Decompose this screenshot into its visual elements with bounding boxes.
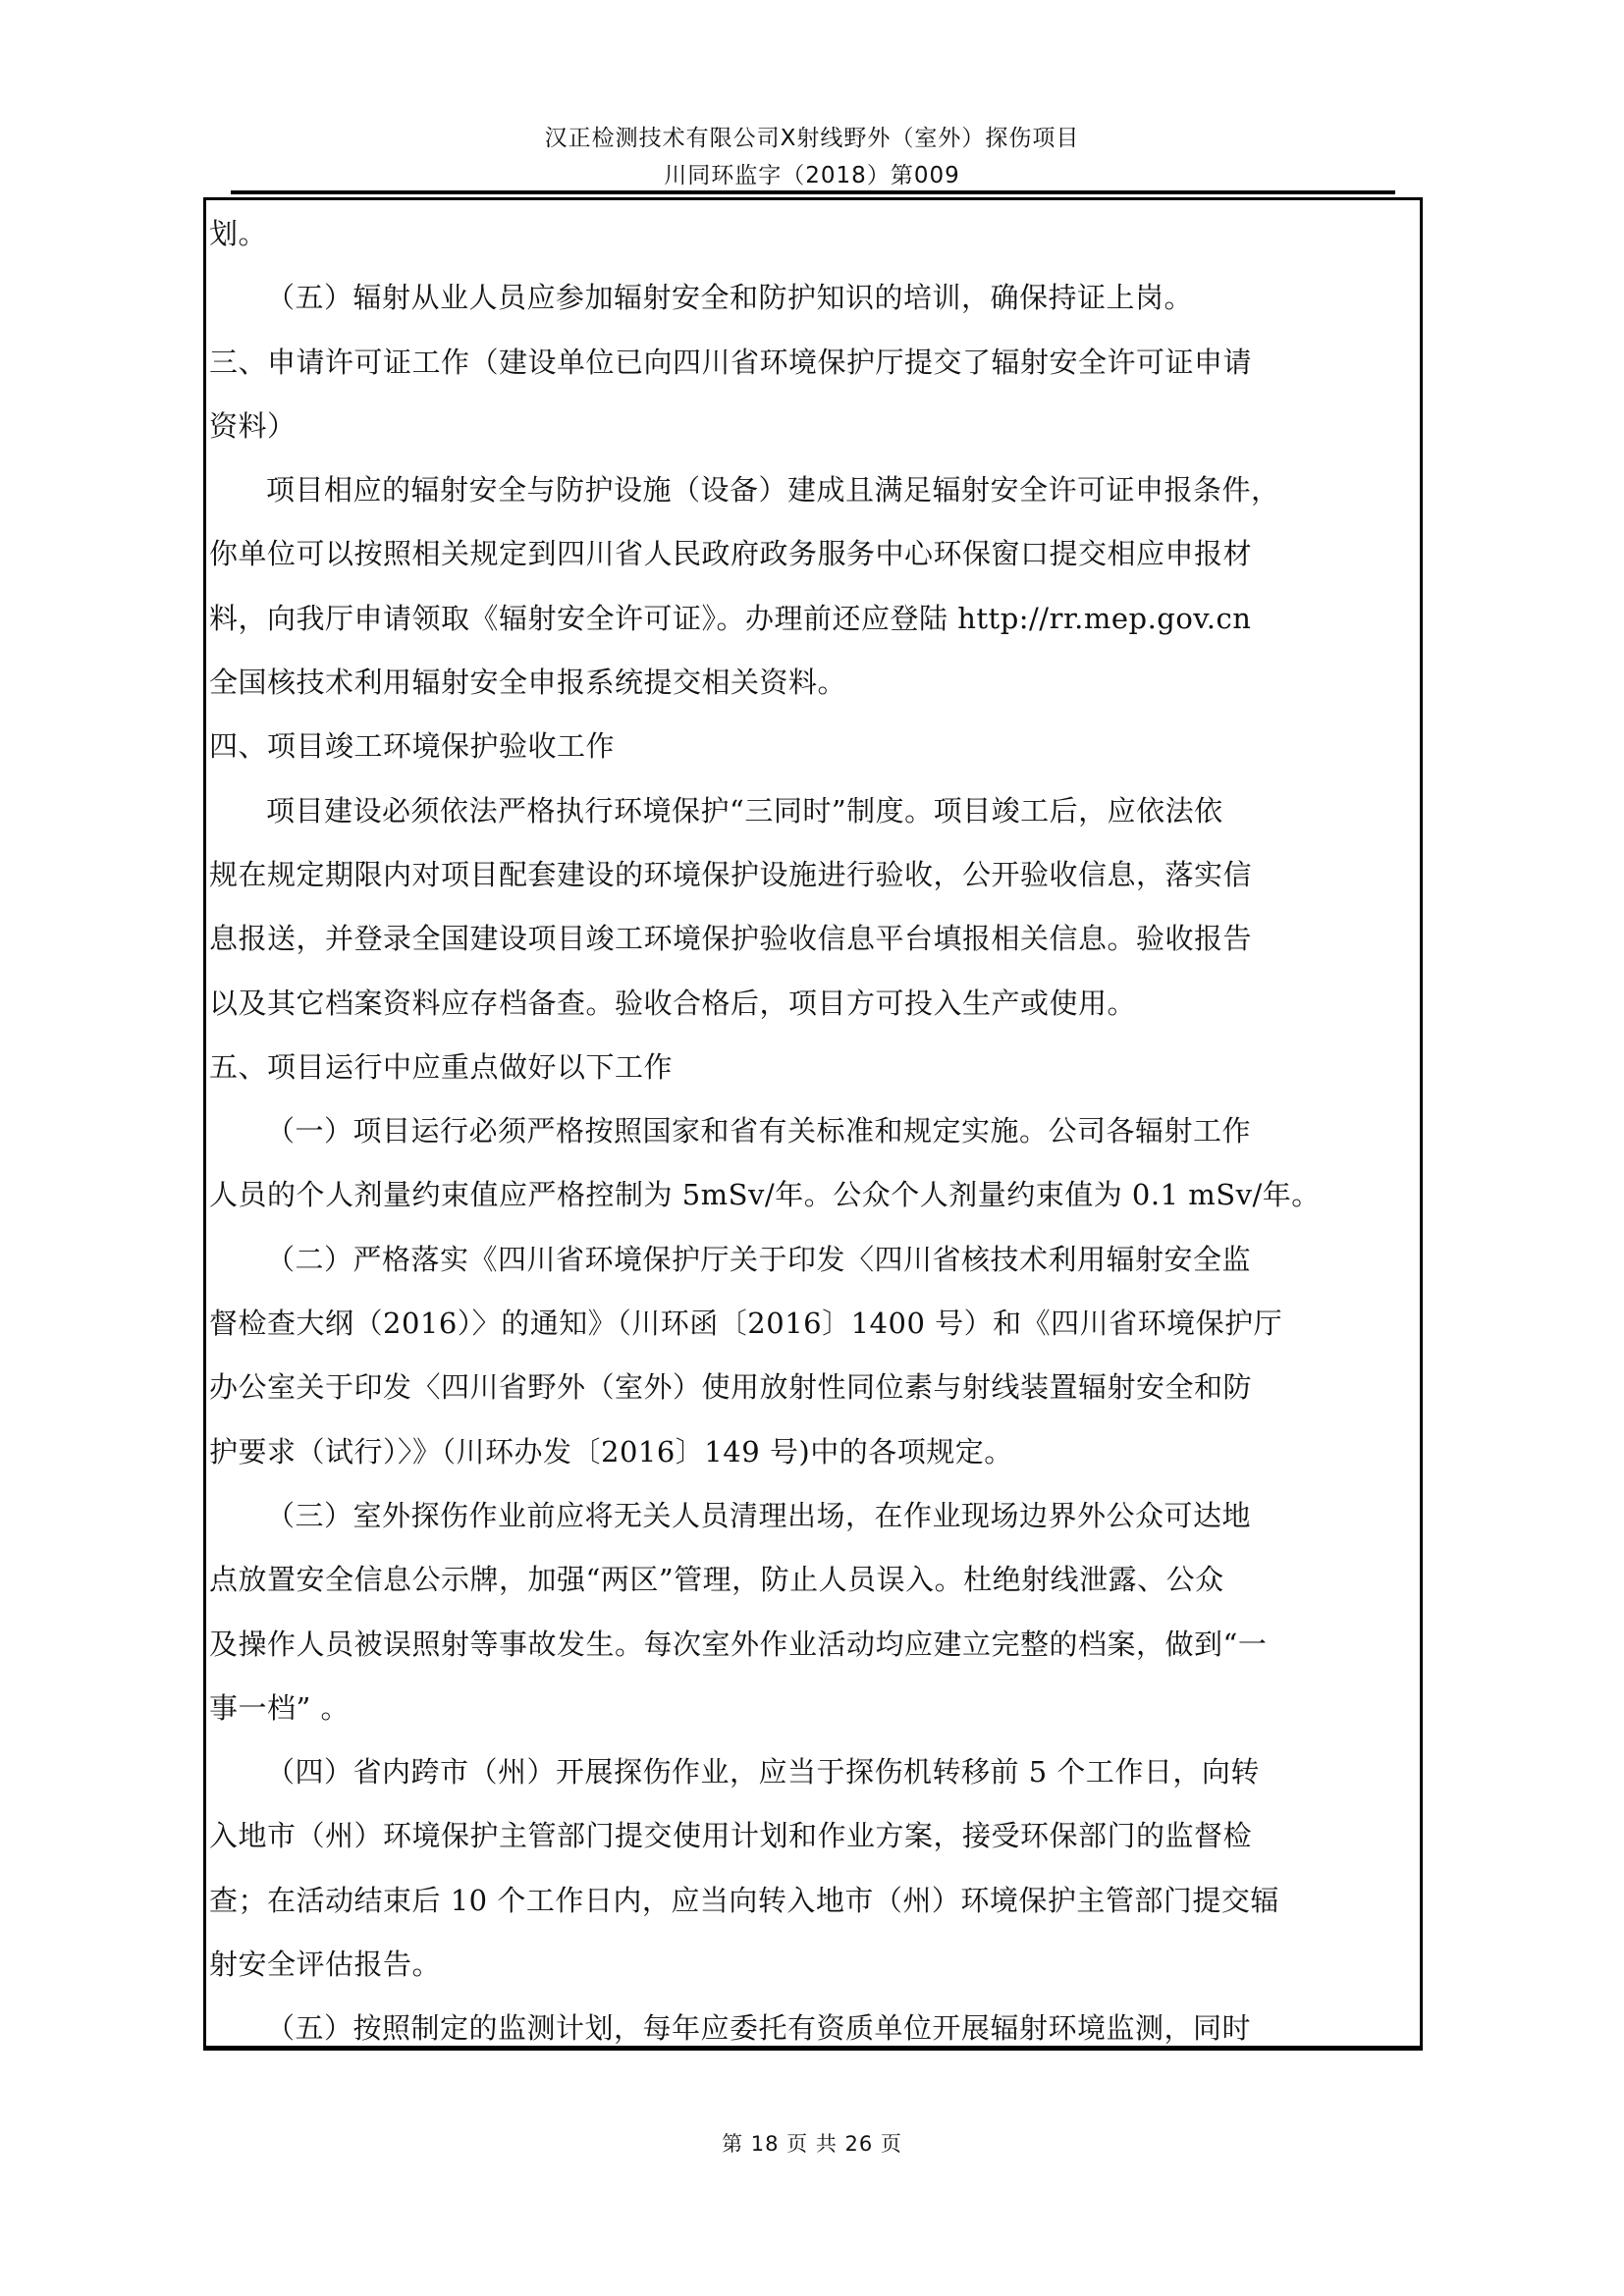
text-line: 项目建设必须依法严格执行环境保护“三同时”制度。项目竣工后，应依法依 (209, 785, 1415, 849)
text-line: （五）按照制定的监测计划，每年应委托有资质单位开展辐射环境监测，同时 (209, 2002, 1415, 2066)
text-line: 点放置安全信息公示牌，加强“两区”管理，防止人员误入。杜绝射线泄露、公众 (209, 1554, 1415, 1618)
text-line: 以及其它档案资料应存档备查。验收合格后，项目方可投入生产或使用。 (209, 978, 1415, 1041)
document-header-title: 汉正检测技术有限公司X射线野外（室外）探伤项目 (0, 120, 1624, 152)
text-line: 射安全评估报告。 (209, 1939, 1415, 2002)
text-line: 项目相应的辐射安全与防护设施（设备）建成且满足辐射安全许可证申报条件， (209, 464, 1415, 528)
text-line: 督检查大纲（2016）〉的通知》（川环函〔2016〕1400 号）和《四川省环境… (209, 1298, 1415, 1362)
text-line: 入地市（州）环境保护主管部门提交使用计划和作业方案，接受环保部门的监督检 (209, 1810, 1415, 1874)
text-line: （一）项目运行必须严格按照国家和省有关标准和规定实施。公司各辐射工作 (209, 1105, 1415, 1169)
text-line: 料，向我厅申请领取《辐射安全许可证》。办理前还应登陆 http://rr.mep… (209, 593, 1415, 657)
page-number: 第 18 页 共 26 页 (0, 2128, 1624, 2158)
header-divider (231, 190, 1395, 194)
section-heading: 三、申请许可证工作（建设单位已向四川省环境保护厅提交了辐射安全许可证申请 (209, 337, 1415, 400)
section-heading: 四、项目竣工环境保护验收工作 (209, 721, 1415, 784)
text-line: 人员的个人剂量约束值应严格控制为 5mSv/年。公众个人剂量约束值为 0.1 m… (209, 1169, 1415, 1233)
document-number: 川同环监字（2018）第009 (0, 157, 1624, 189)
text-line: 事一档” 。 (209, 1682, 1415, 1746)
body-text: 划。 （五）辐射从业人员应参加辐射安全和防护知识的培训，确保持证上岗。 三、申请… (209, 208, 1415, 2067)
text-line: 护要求（试行）〉》（川环办发〔2016〕149 号)中的各项规定。 (209, 1426, 1415, 1490)
section-heading: 五、项目运行中应重点做好以下工作 (209, 1041, 1415, 1105)
text-line: （三）室外探伤作业前应将无关人员清理出场，在作业现场边界外公众可达地 (209, 1490, 1415, 1554)
text-line: （四）省内跨市（州）开展探伤作业，应当于探伤机转移前 5 个工作日，向转 (209, 1746, 1415, 1810)
text-line: 资料） (209, 400, 1415, 464)
text-line: 全国核技术利用辐射安全申报系统提交相关资料。 (209, 657, 1415, 721)
text-line: 查；在活动结束后 10 个工作日内，应当向转入地市（州）环境保护主管部门提交辐 (209, 1875, 1415, 1939)
text-line: 你单位可以按照相关规定到四川省人民政府政务服务中心环保窗口提交相应申报材 (209, 528, 1415, 592)
text-line: 规在规定期限内对项目配套建设的环境保护设施进行验收，公开验收信息，落实信 (209, 849, 1415, 913)
text-line: 划。 (209, 208, 1415, 272)
text-line: 息报送，并登录全国建设项目竣工环境保护验收信息平台填报相关信息。验收报告 (209, 913, 1415, 977)
text-line: （五）辐射从业人员应参加辐射安全和防护知识的培训，确保持证上岗。 (209, 272, 1415, 336)
text-line: 办公室关于印发〈四川省野外（室外）使用放射性同位素与射线装置辐射安全和防 (209, 1362, 1415, 1425)
text-line: 及操作人员被误照射等事故发生。每次室外作业活动均应建立完整的档案，做到“一 (209, 1619, 1415, 1682)
text-line: （二）严格落实《四川省环境保护厅关于印发〈四川省核技术利用辐射安全监 (209, 1234, 1415, 1298)
